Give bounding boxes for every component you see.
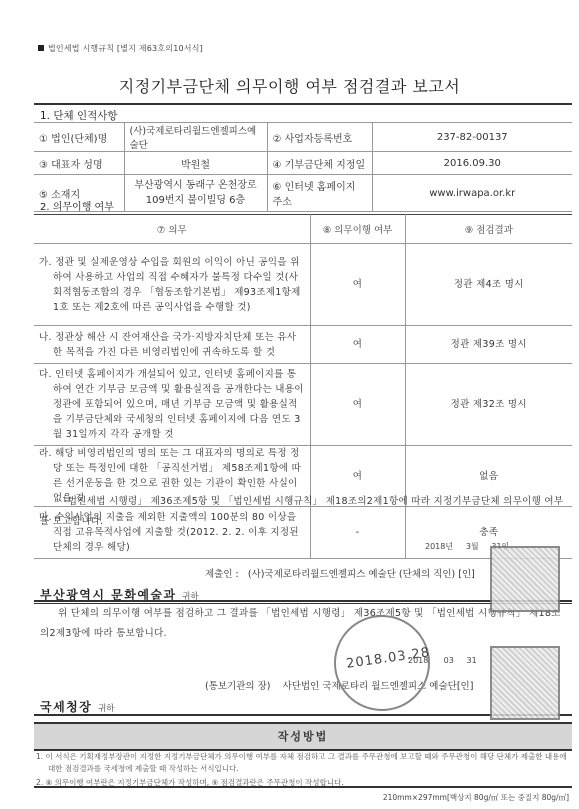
address-line2: 109번지 불이빌딩 6층	[130, 193, 262, 208]
label-org-name: ① 법인(단체)명	[34, 123, 124, 152]
duty-text: 다. 인터넷 홈페이지가 개설되어 있고, 인터넷 홈페이지를 통하여 연간 기…	[34, 364, 310, 446]
document-title: 지정기부금단체 의무이행 여부 점검결과 보고서	[0, 74, 579, 97]
duty-na: 나. 정관상 해산 시 잔여재산을 국가·지방자치단체 또는 유사한 목적을 가…	[39, 330, 305, 360]
table-row: 가. 정관 및 실제운영상 수입을 회원의 이익이 아닌 공익을 위하여 사용하…	[34, 244, 572, 326]
received-date-stamp: 2018.03.28	[334, 615, 430, 711]
label-designation-date: ④ 기부금단체 지정일	[267, 152, 372, 175]
compliance-cell: 여	[310, 364, 405, 446]
duty-text: 나. 정관상 해산 시 잔여재산을 국가·지방자치단체 또는 유사한 목적을 가…	[34, 326, 310, 364]
recipient-suffix: 귀하	[98, 704, 114, 714]
method-heading: 작성방법	[34, 722, 572, 751]
compliance-cell: 여	[310, 244, 405, 326]
label-business-number: ② 사업자등록번호	[267, 123, 372, 152]
submitter-name: (사)국제로타리월드엔젤피스 예술단 (단체의 직인) [인]	[248, 569, 475, 580]
table-row: 나. 정관상 해산 시 잔여재산을 국가·지방자치단체 또는 유사한 목적을 가…	[34, 326, 572, 364]
recipient-nts: 국세청장 귀하	[40, 698, 115, 715]
duty-text: 가. 정관 및 실제운영상 수입을 회원의 이익이 아닌 공익을 위하여 사용하…	[34, 244, 310, 326]
form-reference: 법인세법 시행규칙 [별지 제63호의10서식]	[38, 43, 203, 54]
table-header-row: ⑦ 의무 ⑧ 의무이행 여부 ⑨ 점검결과	[34, 215, 572, 244]
info-row: ③ 대표자 성명 박원철 ④ 기부금단체 지정일 2016.09.30	[34, 152, 572, 175]
organization-seal-stamp	[490, 646, 560, 720]
divider	[34, 103, 572, 105]
organization-seal-stamp	[490, 546, 560, 612]
received-stamp-date: 2018.03.28	[345, 645, 431, 672]
table-row: 다. 인터넷 홈페이지가 개설되어 있고, 인터넷 홈페이지를 통하여 연간 기…	[34, 364, 572, 446]
value-homepage: www.irwapa.or.kr	[372, 175, 572, 212]
square-bullet-icon	[38, 45, 44, 51]
notification-month: 03	[444, 656, 454, 665]
address-line1: 부산광역시 동래구 온천장로	[130, 178, 262, 193]
recipient-name: 국세청장	[40, 700, 92, 714]
submitter-label: 제출인 :	[205, 569, 239, 580]
section1-heading: 1. 단체 인적사항	[40, 108, 118, 123]
report-statement: 「법인세법 시행령」 제36조제5항 및 「법인세법 시행규칙」 제18조의2제…	[40, 492, 568, 532]
label-representative: ③ 대표자 성명	[34, 152, 124, 175]
compliance-cell: 여	[310, 326, 405, 364]
column-header-duty: ⑦ 의무	[34, 215, 310, 244]
value-org-name: (사)국제로타리월드엔젤피스예술단	[124, 123, 267, 152]
value-address: 부산광역시 동래구 온천장로 109번지 불이빌딩 6층	[124, 175, 267, 212]
info-row: ① 법인(단체)명 (사)국제로타리월드엔젤피스예술단 ② 사업자등록번호 23…	[34, 123, 572, 152]
result-cell: 정관 제4조 명시	[405, 244, 572, 326]
info-row: ⑤ 소재지 부산광역시 동래구 온천장로 109번지 불이빌딩 6층 ⑥ 인터넷…	[34, 175, 572, 212]
column-header-result: ⑨ 점검결과	[405, 215, 572, 244]
method-note-1: 1. 이 서식은 기획재정부장관이 지정한 지정기부금단체가 의무이행 여부를 …	[36, 751, 570, 775]
column-header-compliance: ⑧ 의무이행 여부	[310, 215, 405, 244]
organization-info-table: ① 법인(단체)명 (사)국제로타리월드엔젤피스예술단 ② 사업자등록번호 23…	[34, 122, 572, 212]
submission-month: 3월	[466, 542, 479, 551]
submitter-line: 제출인 : (사)국제로타리월드엔젤피스 예술단 (단체의 직인) [인]	[205, 566, 475, 580]
section2-heading: 2. 의무이행 여부	[40, 198, 114, 213]
label-homepage: ⑥ 인터넷 홈페이지 주소	[267, 175, 372, 212]
duty-ga: 가. 정관 및 실제운영상 수입을 회원의 이익이 아닌 공익을 위하여 사용하…	[39, 255, 305, 315]
value-business-number: 237-82-00137	[372, 123, 572, 152]
issuer-label: (통보기관의 장)	[205, 681, 271, 692]
result-cell: 정관 제32조 명시	[405, 364, 572, 446]
value-designation-date: 2016.09.30	[372, 152, 572, 175]
method-notes: 1. 이 서식은 기획재정부장관이 지정한 지정기부금단체가 의무이행 여부를 …	[36, 751, 570, 789]
notification-statement: 위 단체의 의무이행 여부를 점검하고 그 결과를 「법인세법 시행령」 제36…	[40, 604, 568, 644]
paper-spec: 210mm×297mm[백상지 80g/㎡ 또는 중질지 80g/㎡]	[383, 792, 569, 803]
notification-day: 31	[467, 656, 477, 665]
form-reference-text: 법인세법 시행규칙 [별지 제63호의10서식]	[48, 44, 203, 53]
divider	[34, 786, 572, 788]
submission-year: 2018년	[425, 542, 453, 551]
result-cell: 정관 제39조 명시	[405, 326, 572, 364]
value-representative: 박원철	[124, 152, 267, 175]
duty-da: 다. 인터넷 홈페이지가 개설되어 있고, 인터넷 홈페이지를 통하여 연간 기…	[39, 367, 305, 442]
